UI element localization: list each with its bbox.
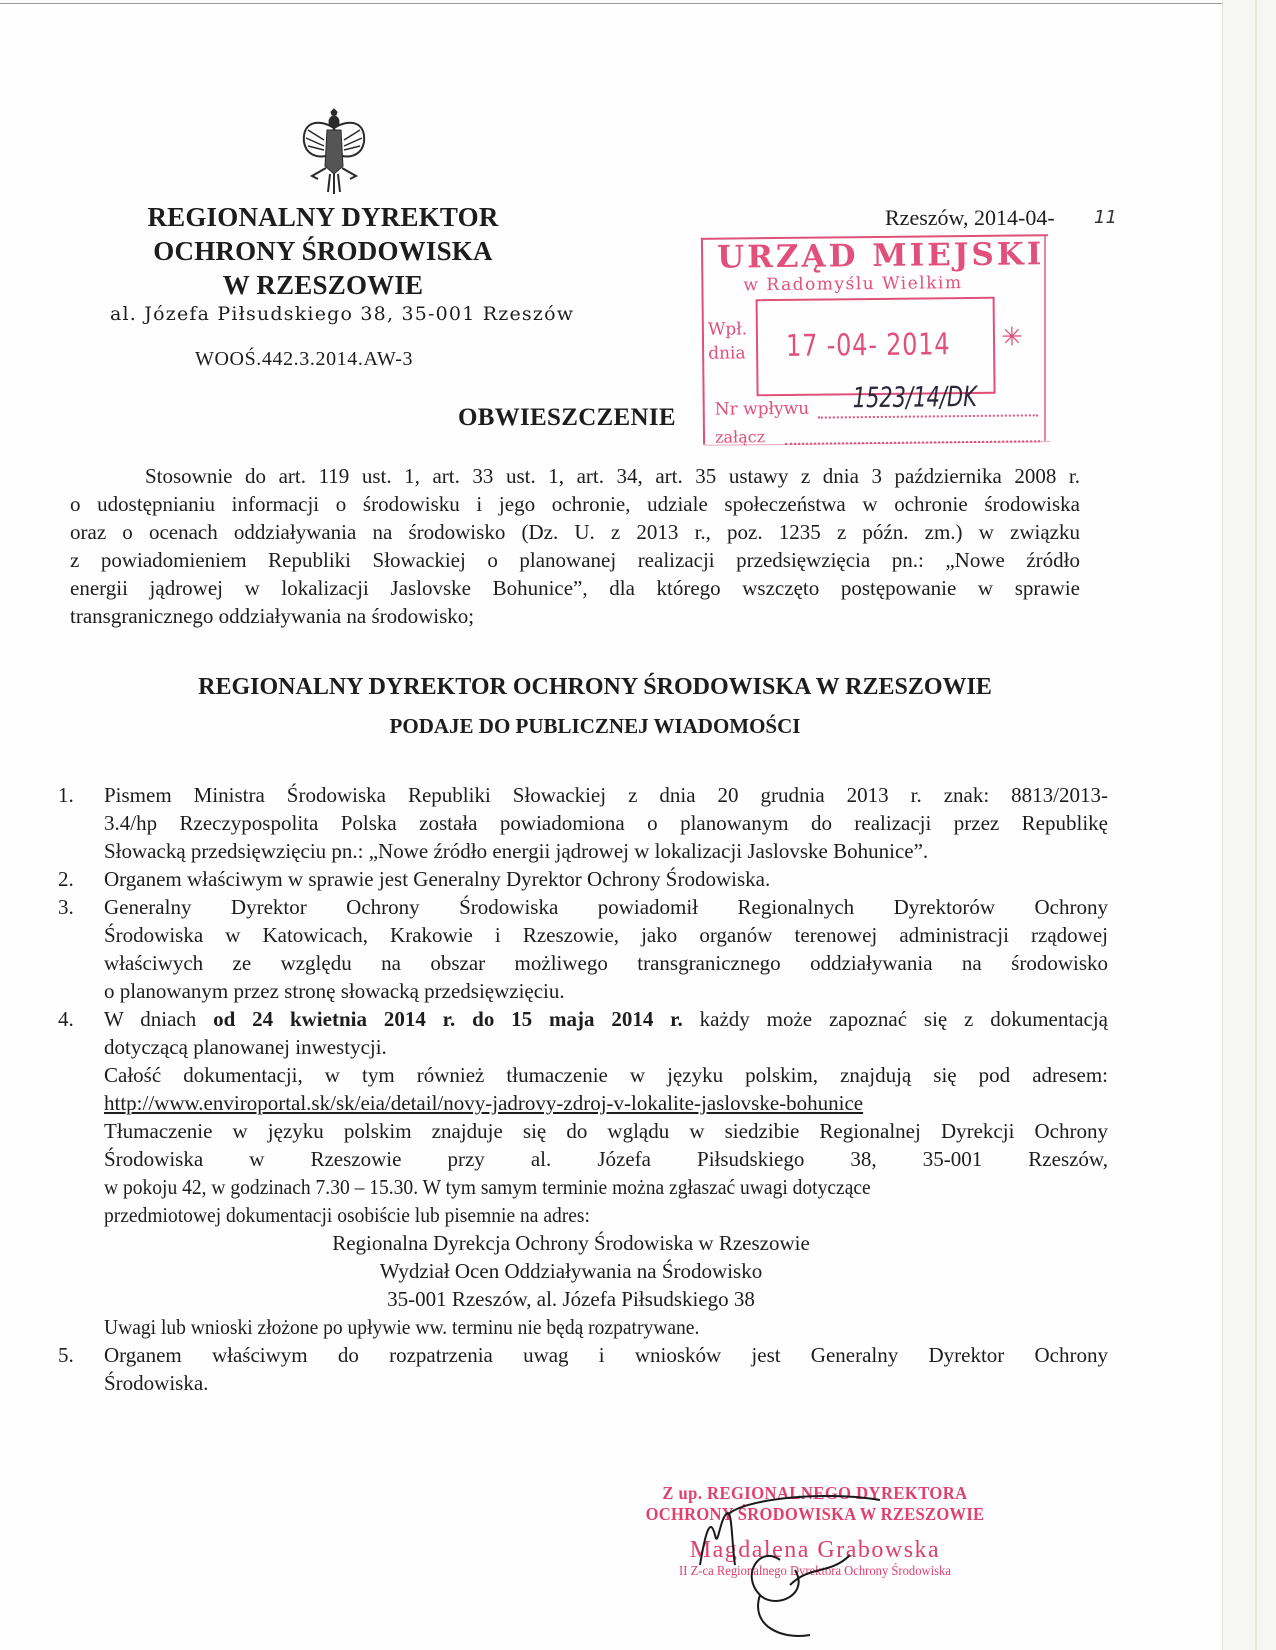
list-item-number: 1.: [58, 781, 74, 809]
list-item-number: 4.: [58, 1005, 74, 1033]
list-item-line: Środowiska w Rzeszowie przy al. Józefa P…: [104, 1145, 1108, 1173]
stamp-received-date: 17 -04- 2014: [786, 327, 951, 364]
stamp-received-label: Wpł. dnia: [708, 317, 748, 365]
mailing-address-line: 35-001 Rzeszów, al. Józefa Piłsudskiego …: [104, 1285, 1108, 1313]
list-item-line: Generalny Dyrektor Ochrony Środowiska po…: [104, 893, 1108, 921]
list-item-line: o planowanym przez stronę słowacką przed…: [104, 977, 1108, 1005]
list-item-line: Tłumaczenie w języku polskim znajduje si…: [104, 1117, 1108, 1145]
receipt-stamp: URZĄD MIEJSKI w Radomyślu Wielkim Wpł. d…: [701, 234, 1050, 445]
intro-line: z powiadomieniem Republiki Słowackiej o …: [70, 546, 1080, 574]
document-date: Rzeszów, 2014-04-: [885, 205, 1055, 231]
announcement-heading: REGIONALNY DYREKTOR OCHRONY ŚRODOWISKA W…: [70, 674, 1120, 701]
list-item-line: w pokoju 42, w godzinach 7.30 – 15.30. W…: [104, 1173, 1038, 1201]
list-item-number: 5.: [58, 1341, 74, 1369]
scan-edge-right: [1222, 0, 1276, 1650]
intro-line: energii jądrowej w lokalizacji Jaslovske…: [70, 574, 1080, 602]
text-span: każdy może zapoznać się z dokumentacją: [683, 1007, 1108, 1031]
list-item-line: Organem właściwym w sprawie jest General…: [104, 865, 1108, 893]
list-item-line: Organem właściwym do rozpatrzenia uwag i…: [104, 1341, 1108, 1369]
list-item-line: Środowiska.: [104, 1369, 1108, 1397]
list-item-line: przedmiotowej dokumentacji osobiście lub…: [104, 1201, 1038, 1229]
intro-line: transgranicznego oddziaływania na środow…: [70, 602, 1080, 630]
stamp-right-border: [1044, 236, 1046, 441]
list-item: 4. W dniach od 24 kwietnia 2014 r. do 15…: [58, 1005, 1108, 1341]
text-span: W dniach: [104, 1007, 213, 1031]
mailing-address-line: Regionalna Dyrekcja Ochrony Środowiska w…: [104, 1229, 1108, 1257]
intro-line: Stosownie do art. 119 ust. 1, art. 33 us…: [70, 462, 1080, 490]
list-item-line: Całość dokumentacji, w tym również tłuma…: [104, 1061, 1108, 1089]
consultation-period: od 24 kwietnia 2014 r. do 15 maja 2014 r…: [213, 1007, 683, 1031]
intro-line: o udostępnianiu informacji o środowisku …: [70, 490, 1080, 518]
announcement-list: 1. Pismem Ministra Środowiska Republiki …: [58, 781, 1108, 1397]
reference-number: WOOŚ.442.3.2014.AW-3: [195, 348, 413, 371]
authority-name-line3: W RZESZOWIE: [128, 270, 518, 301]
authority-name-line1: REGIONALNY DYREKTOR: [128, 202, 518, 233]
stamp-location: w Radomyślu Wielkim: [743, 273, 962, 295]
list-item-line: W dniach od 24 kwietnia 2014 r. do 15 ma…: [104, 1005, 1108, 1033]
list-item-number: 3.: [58, 893, 74, 921]
stamp-received-label-2: dnia: [708, 343, 746, 363]
list-item: 2. Organem właściwym w sprawie jest Gene…: [58, 865, 1108, 893]
list-item-line: 3.4/hp Rzeczypospolita Polska została po…: [104, 809, 1108, 837]
intro-paragraph: Stosownie do art. 119 ust. 1, art. 33 us…: [70, 462, 1080, 630]
intro-line: oraz o ocenach oddziaływania na środowis…: [70, 518, 1080, 546]
scan-edge-top: [0, 3, 1225, 4]
list-item: 1. Pismem Ministra Środowiska Republiki …: [58, 781, 1108, 865]
list-item-line: Pismem Ministra Środowiska Republiki Sło…: [104, 781, 1108, 809]
stamp-office: URZĄD MIEJSKI: [717, 236, 1044, 275]
list-item: 5. Organem właściwym do rozpatrzenia uwa…: [58, 1341, 1108, 1397]
star-icon: ✳: [1001, 322, 1023, 352]
list-item-line: Uwagi lub wnioski złożone po upływie ww.…: [104, 1313, 1038, 1341]
list-item-line: dotyczącą planowanej inwestycji.: [104, 1033, 1108, 1061]
authority-name-line2: OCHRONY ŚRODOWISKA: [128, 236, 518, 267]
stamp-received-label-1: Wpł.: [708, 319, 747, 339]
handwritten-signature-icon: [680, 1495, 920, 1645]
documentation-link[interactable]: http://www.enviroportal.sk/sk/eia/detail…: [104, 1089, 1108, 1117]
polish-eagle-emblem-icon: [298, 108, 370, 196]
list-item-line: Środowiska w Katowicach, Krakowie i Rzes…: [104, 921, 1108, 949]
list-item: 3. Generalny Dyrektor Ochrony Środowiska…: [58, 893, 1108, 1005]
authority-address: al. Józefa Piłsudskiego 38, 35-001 Rzesz…: [110, 303, 574, 325]
list-item-number: 2.: [58, 865, 74, 893]
stamp-number-label: Nr wpływu: [715, 399, 810, 420]
document-date-handwritten: 11: [1094, 207, 1117, 228]
mailing-address-line: Wydział Ocen Oddziaływania na Środowisko: [104, 1257, 1108, 1285]
document-title: OBWIESZCZENIE: [458, 404, 676, 432]
list-item-line: właściwych ze względu na obszar możliweg…: [104, 949, 1108, 977]
stamp-number-value: 1523/14/DK: [852, 380, 977, 414]
announcement-subheading: PODAJE DO PUBLICZNEJ WIADOMOŚCI: [70, 714, 1120, 739]
list-item-line: Słowacką przedsięwzięciu pn.: „Nowe źród…: [104, 837, 1108, 865]
